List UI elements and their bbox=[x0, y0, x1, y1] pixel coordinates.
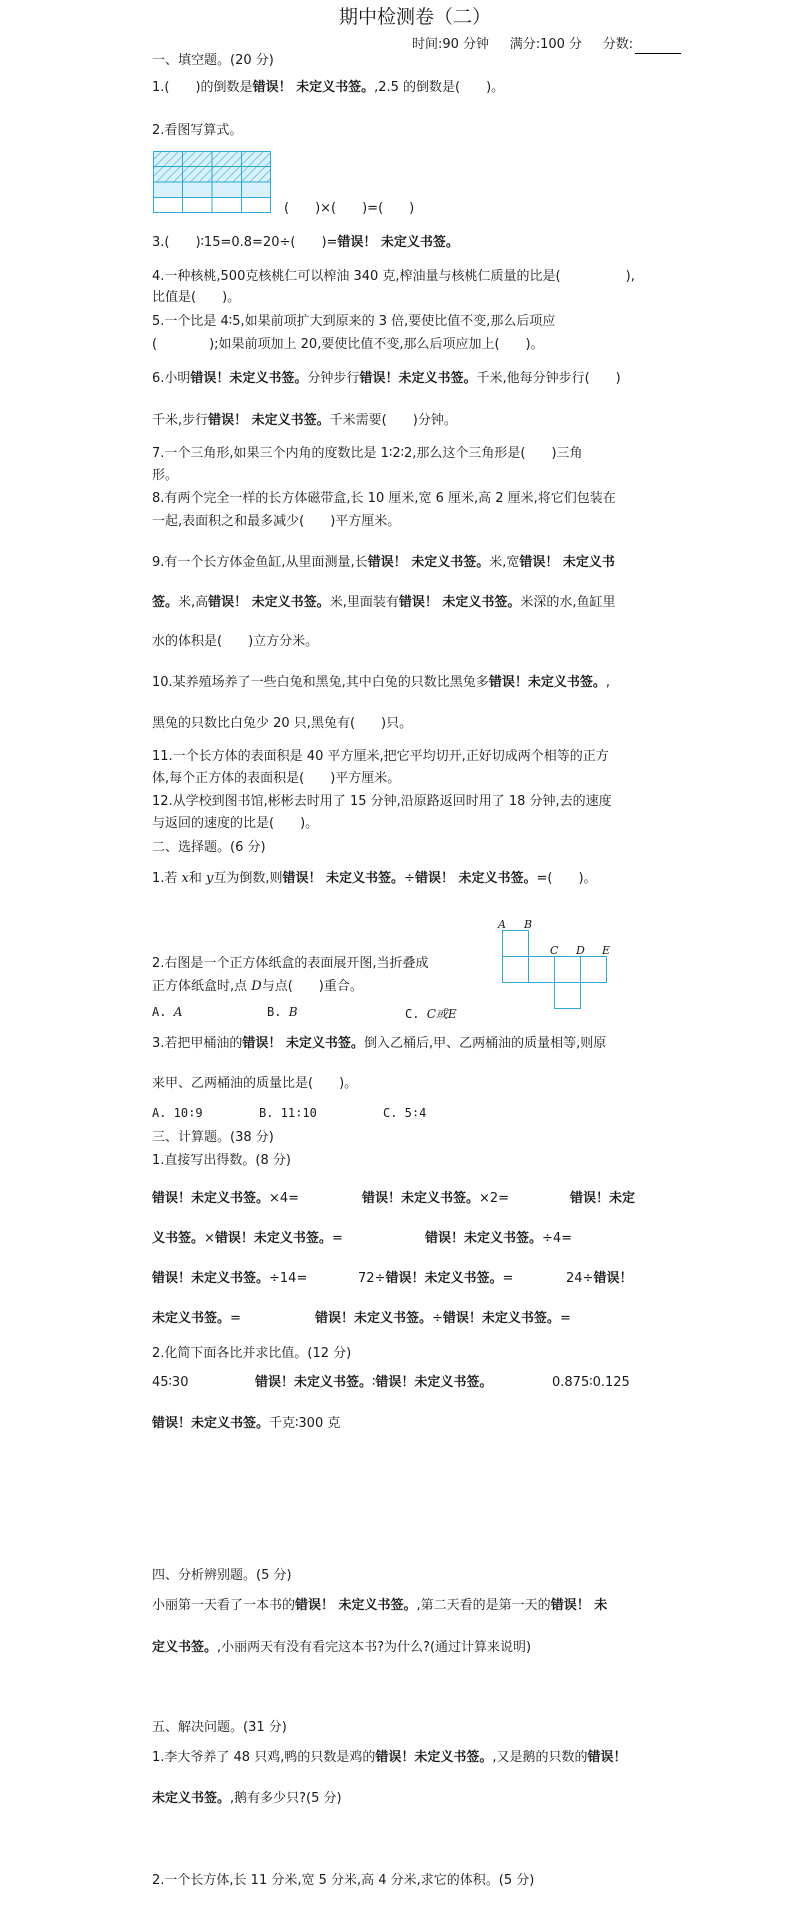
s5-p1-line1: 1.李大爷养了 48 只鸡,鸭的只数是鸡的错误！未定义书签。,又是鹅的只数的错误… bbox=[152, 1749, 627, 1767]
s2-q2-option-b: B. B bbox=[267, 1005, 298, 1019]
section5-heading: 五、解决问题。(31 分) bbox=[152, 1719, 287, 1737]
calc-row-2a: 义书签。×错误！未定义书签。= bbox=[152, 1230, 343, 1248]
calc-row-1b: 错误！未定义书签。×2= bbox=[362, 1190, 509, 1208]
s3-c2-label: 2.化简下面各比并求比值。(12 分) bbox=[152, 1345, 351, 1363]
s1-q9-line3: 水的体积是( )立方分米。 bbox=[152, 633, 318, 651]
s1-q12-line1: 12.从学校到图书馆,彬彬去时用了 15 分钟,沿原路返回时用了 18 分钟,去… bbox=[152, 793, 612, 811]
calc-row-3b: 72÷错误！未定义书签。= bbox=[358, 1270, 513, 1288]
s2-q3-line2: 来甲、乙两桶油的质量比是( )。 bbox=[152, 1075, 357, 1093]
s3-c1-label: 1.直接写出得数。(8 分) bbox=[152, 1152, 291, 1170]
s2-q3-option-b: B. 11∶10 bbox=[259, 1106, 317, 1120]
s1-q7-line2: 形。 bbox=[152, 467, 178, 485]
s2-q3-line1: 3.若把甲桶油的错误！ 未定义书签。倒入乙桶后,甲、乙两桶油的质量相等,则原 bbox=[152, 1035, 606, 1053]
calc-row-1c: 错误！未定 bbox=[570, 1190, 635, 1208]
s1-q5-line2: ( );如果前项加上 20,要使比值不变,那么后项应加上( )。 bbox=[152, 336, 544, 354]
s1-q2-formula: ( )×( )=( ) bbox=[284, 200, 414, 218]
area-model-grid bbox=[153, 151, 271, 213]
ratio-4: 错误！未定义书签。千克∶300 克 bbox=[152, 1415, 340, 1433]
ratio-2: 错误！未定义书签。∶错误！未定义书签。 bbox=[255, 1374, 492, 1392]
s1-q9-line1: 9.有一个长方体金鱼缸,从里面测量,长错误！ 未定义书签。米,宽错误！ 未定义书 bbox=[152, 554, 615, 572]
score-label: 分数: bbox=[603, 37, 633, 52]
calc-row-4a: 未定义书签。= bbox=[152, 1310, 241, 1328]
s1-q3: 3.( )∶15=0.8=20÷( )=错误！ 未定义书签。 bbox=[152, 234, 459, 252]
calc-row-1a: 错误！未定义书签。×4= bbox=[152, 1190, 299, 1208]
s2-q2-option-c: C. C或E bbox=[405, 1005, 457, 1022]
net-label-e: E bbox=[601, 944, 610, 957]
s1-q9-line2: 签。米,高错误！ 未定义书签。米,里面装有错误！ 未定义书签。米深的水,鱼缸里 bbox=[152, 594, 616, 612]
ratio-3: 0.875∶0.125 bbox=[552, 1374, 630, 1392]
score-blank[interactable] bbox=[635, 39, 681, 54]
section1-heading: 一、填空题。(20 分) bbox=[152, 52, 274, 70]
s1-q11-line2: 体,每个正方体的表面积是( )平方厘米。 bbox=[152, 770, 400, 788]
net-label-c: C bbox=[550, 944, 559, 957]
s5-p1-line2: 未定义书签。,鹅有多少只?(5 分) bbox=[152, 1790, 342, 1808]
cube-net-diagram: A B C D E bbox=[496, 912, 626, 1012]
s1-q8-line1: 8.有两个完全一样的长方体磁带盒,长 10 厘米,宽 6 厘米,高 2 厘米,将… bbox=[152, 490, 616, 508]
page-title: 期中检测卷（二） bbox=[0, 4, 800, 30]
s5-p2: 2.一个长方体,长 11 分米,宽 5 分米,高 4 分米,求它的体积。(5 分… bbox=[152, 1872, 534, 1890]
time-label: 时间:90 分钟 bbox=[412, 37, 489, 52]
calc-row-3c: 24÷错误！ bbox=[566, 1270, 632, 1288]
s2-q2-line2: 正方体纸盒时,点 D与点( )重合。 bbox=[152, 978, 363, 996]
s1-q8-line2: 一起,表面积之和最多减少( )平方厘米。 bbox=[152, 513, 400, 531]
s1-q2-label: 2.看图写算式。 bbox=[152, 122, 242, 140]
s1-q4-line2: 比值是( )。 bbox=[152, 289, 240, 307]
full-score-label: 满分:100 分 bbox=[510, 37, 582, 52]
ratio-1: 45∶30 bbox=[152, 1374, 188, 1392]
s1-q11-line1: 11.一个长方体的表面积是 40 平方厘米,把它平均切开,正好切成两个相等的正方 bbox=[152, 748, 609, 766]
s4-line2: 定义书签。,小丽两天有没有看完这本书?为什么?(通过计算来说明) bbox=[152, 1639, 531, 1657]
s2-q2-line1: 2.右图是一个正方体纸盒的表面展开图,当折叠成 bbox=[152, 955, 429, 973]
section4-heading: 四、分析辨别题。(5 分) bbox=[152, 1567, 292, 1585]
s2-q1: 1.若 x和 y互为倒数,则错误！ 未定义书签。÷错误！ 未定义书签。=( )。 bbox=[152, 870, 597, 888]
s2-q2-option-a: A. A bbox=[152, 1005, 182, 1019]
s4-line1: 小丽第一天看了一本书的错误！ 未定义书签。,第二天看的是第一天的错误！ 未 bbox=[152, 1597, 607, 1615]
s1-q12-line2: 与返回的速度的比是( )。 bbox=[152, 815, 318, 833]
s2-q3-option-c: C. 5∶4 bbox=[383, 1106, 426, 1120]
section2-heading: 二、选择题。(6 分) bbox=[152, 839, 266, 857]
s1-q5-line1: 5.一个比是 4∶5,如果前项扩大到原来的 3 倍,要使比值不变,那么后项应 bbox=[152, 313, 555, 331]
net-label-a: A bbox=[497, 918, 506, 931]
net-label-d: D bbox=[575, 944, 585, 957]
net-label-b: B bbox=[523, 918, 532, 931]
s1-q10-line2: 黑兔的只数比白兔少 20 只,黑兔有( )只。 bbox=[152, 715, 412, 733]
calc-row-2b: 错误！未定义书签。÷4= bbox=[425, 1230, 572, 1248]
exam-meta: 时间:90 分钟 满分:100 分 分数: bbox=[412, 36, 681, 54]
s2-q3-option-a: A. 10∶9 bbox=[152, 1106, 203, 1120]
section3-heading: 三、计算题。(38 分) bbox=[152, 1129, 274, 1147]
s1-q4-line1: 4.一种核桃,500克核桃仁可以榨油 340 克,榨油量与核桃仁质量的比是( )… bbox=[152, 268, 635, 286]
s1-q6-line1: 6.小明错误！未定义书签。分钟步行错误！未定义书签。千米,他每分钟步行( ) bbox=[152, 370, 621, 388]
calc-row-3a: 错误！未定义书签。÷14= bbox=[152, 1270, 307, 1288]
s1-q6-line2: 千米,步行错误！ 未定义书签。千米需要( )分钟。 bbox=[152, 412, 457, 430]
s1-q10-line1: 10.某养殖场养了一些白兔和黑兔,其中白兔的只数比黑兔多错误！未定义书签。, bbox=[152, 674, 610, 692]
calc-row-4b: 错误！未定义书签。÷错误！未定义书签。= bbox=[315, 1310, 571, 1328]
s1-q7-line1: 7.一个三角形,如果三个内角的度数比是 1∶2∶2,那么这个三角形是( )三角 bbox=[152, 445, 583, 463]
s1-q1: 1.( )的倒数是错误！ 未定义书签。,2.5 的倒数是( )。 bbox=[152, 79, 504, 97]
